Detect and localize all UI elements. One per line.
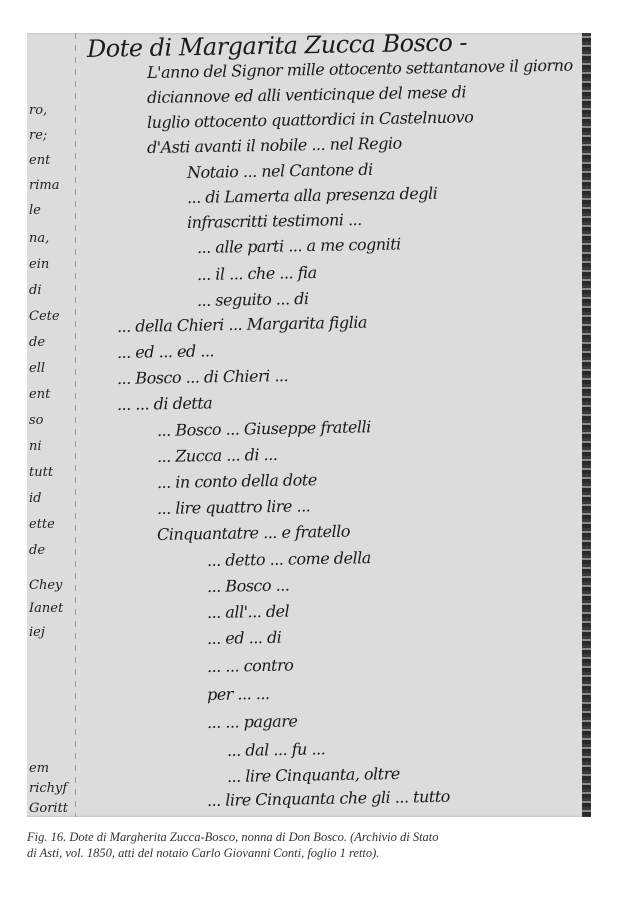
margin-fragment: ette [29, 517, 55, 532]
manuscript-line: ... in conto della dote [157, 470, 317, 492]
margin-fragment: so [29, 413, 44, 428]
manuscript-line: ... seguito ... di [197, 289, 309, 310]
caption-line-1: Fig. 16. Dote di Margherita Zucca-Bosco,… [27, 829, 587, 845]
margin-fragment: ell [29, 361, 45, 376]
margin-fragment: ent [29, 153, 50, 168]
manuscript-line: ... ed ... ed ... [117, 341, 214, 362]
manuscript-line: infrascritti testimoni ... [187, 210, 362, 232]
manuscript-line: ... Bosco ... di Chieri ... [117, 366, 288, 388]
manuscript-line: ... all'... del [207, 602, 290, 622]
manuscript-line: ... Zucca ... di ... [157, 445, 278, 466]
margin-fragment: em [29, 761, 49, 776]
margin-fragment: ro, [29, 103, 47, 118]
manuscript-line: per ... ... [207, 684, 270, 704]
margin-fragment: ein [29, 257, 49, 272]
margin-fragment: de [29, 335, 45, 350]
manuscript-line: ... ... di detta [117, 393, 213, 414]
margin-fragment: iej [29, 625, 45, 640]
margin-fragment: rima [29, 178, 59, 193]
manuscript-line: ... lire quattro lire ... [157, 496, 311, 518]
manuscript-line: ... ... pagare [207, 711, 298, 732]
manuscript-line: d'Asti avanti il nobile ... nel Regio [147, 134, 402, 157]
margin-fragment: Ianet [29, 601, 63, 616]
margin-fragment: ent [29, 387, 50, 402]
margin-fragment: Chey [29, 578, 62, 593]
manuscript-line: ... il ... che ... fia [197, 263, 317, 284]
manuscript-line: ... Bosco ... [207, 576, 290, 596]
margin-fragment: Goritt [29, 801, 68, 816]
margin-fragment: di [29, 283, 41, 298]
margin-fragment: de [29, 543, 45, 558]
margin-fragment: ni [29, 439, 42, 454]
manuscript-line: ... della Chieri ... Margarita figlia [117, 313, 367, 336]
manuscript-line: ... lire Cinquanta che gli ... tutto [207, 787, 450, 810]
figure-caption: Fig. 16. Dote di Margherita Zucca-Bosco,… [27, 829, 587, 861]
manuscript-scan: Dote di Margarita Zucca Bosco - L'anno d… [27, 33, 591, 817]
manuscript-line: ... di Lamerta alla presenza degli [187, 184, 438, 207]
margin-fragment: richyf [29, 781, 67, 796]
manuscript-line: ... alle parti ... a me cogniti [197, 234, 401, 257]
manuscript-line: luglio ottocento quattordici in Castelnu… [147, 107, 474, 132]
manuscript-line: Notaio ... nel Cantone di [187, 160, 373, 182]
manuscript-line: diciannove ed alli venticinque del mese … [147, 82, 466, 107]
manuscript-line: ... detto ... come della [207, 548, 371, 570]
manuscript-line: ... ... contro [207, 655, 294, 676]
margin-rule [75, 33, 76, 817]
margin-fragment: le [29, 203, 41, 218]
margin-fragment: tutt [29, 465, 53, 480]
caption-line-2: di Asti, vol. 1850, atti del notaio Carl… [27, 845, 587, 861]
page-edge [582, 33, 591, 817]
margin-fragment: na, [29, 231, 49, 246]
margin-fragment: Cete [29, 309, 60, 324]
manuscript-line: ... lire Cinquanta, oltre [227, 764, 400, 786]
manuscript-line: ... Bosco ... Giuseppe fratelli [157, 417, 371, 440]
margin-fragment: re; [29, 128, 47, 143]
manuscript-line: Cinquantatre ... e fratello [157, 522, 350, 544]
margin-fragment: id [29, 491, 41, 506]
manuscript-line: ... dal ... fu ... [227, 739, 326, 760]
manuscript-line: ... ed ... di [207, 628, 282, 648]
